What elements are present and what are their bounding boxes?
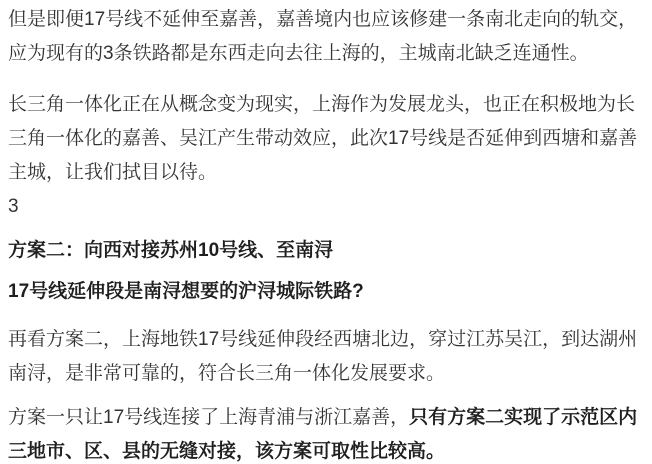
paragraph-north-south-rail: 但是即便17号线不延伸至嘉善，嘉善境内也应该修建一条南北走向的轨交，应为现有的3…	[8, 3, 644, 71]
article-page: { "article": { "background_color": "#fff…	[0, 0, 652, 464]
paragraph-plan-comparison-normal-text: 方案一只让17号线连接了上海青浦与浙江嘉善，	[8, 407, 409, 428]
paragraph-plan-two-route: 再看方案二，上海地铁17号线延伸段经西塘北边，穿过江苏吴江，到达湖州南浔，是非常…	[8, 323, 644, 391]
paragraph-plan-comparison: 方案一只让17号线连接了上海青浦与浙江嘉善，只有方案二实现了示范区内三地市、区、…	[8, 401, 644, 464]
stray-number: 3	[8, 190, 644, 224]
heading-plan-two: 方案二：向西对接苏州10号线、至南浔	[8, 234, 644, 268]
paragraph-yangtze-delta-integration: 长三角一体化正在从概念变为现实，上海作为发展龙头，也正在积极地为长三角一体化的嘉…	[8, 88, 644, 190]
heading-question-hu-xun-railway: 17号线延伸段是南浔想要的沪浔城际铁路?	[8, 275, 644, 309]
article-body: 但是即便17号线不延伸至嘉善，嘉善境内也应该修建一条南北走向的轨交，应为现有的3…	[8, 3, 644, 464]
